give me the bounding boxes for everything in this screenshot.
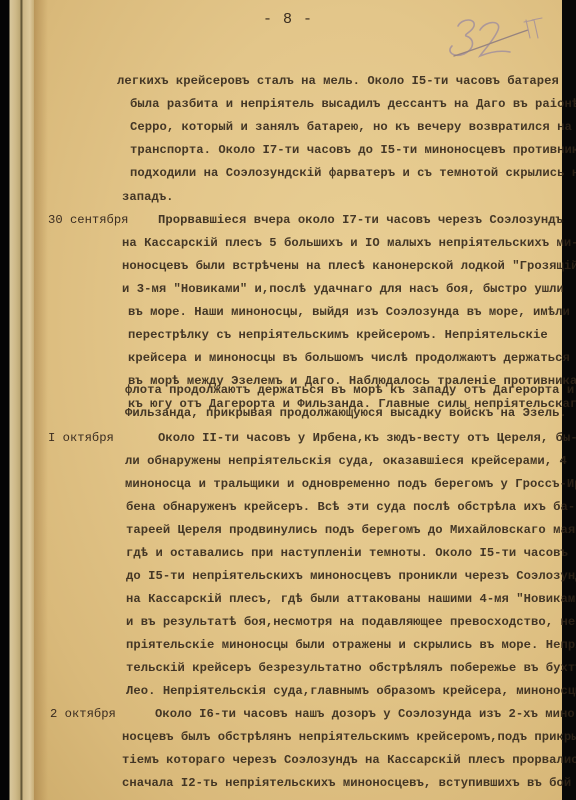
archive-pencil-number — [440, 12, 550, 62]
entry-date: 2 октября — [50, 707, 116, 721]
text-line: бена обнаруженъ крейсеръ. Всѣ эти суда п… — [126, 500, 575, 514]
text-line: на Кассарскiй плесъ, гдѣ были аттакованы… — [126, 592, 576, 606]
text-line: перестрѣлку съ непрiятельскимъ крейсером… — [128, 328, 548, 342]
text-line: ноносцевъ были встрѣчены на плесѣ каноне… — [122, 259, 576, 273]
text-line: Серро, который и занялъ батарею, но къ в… — [130, 120, 572, 134]
text-line: до I5-ти непрiятельскихъ миноносцевъ про… — [126, 569, 576, 583]
text-line: носцевъ былъ обстрѣлянъ непрiятельскимъ … — [122, 730, 576, 744]
text-line: западъ. — [122, 190, 174, 204]
text-line: Прорвавшiеся вчера около I7-ти часовъ че… — [158, 213, 563, 227]
text-line: тельскiй крейсеръ безрезультатно обстрѣл… — [126, 661, 576, 675]
text-line: Около I6-ти часовъ нашъ дозоръ у Соэлозу… — [155, 707, 576, 721]
text-line: Фильзанда, прикрывая продолжающуюся выса… — [125, 406, 567, 420]
text-line: въ море. Наши миноносцы, выйдя изъ Соэло… — [128, 305, 570, 319]
text-line: гдѣ и оставались при наступленiи темноты… — [126, 546, 568, 560]
text-line: транспорта. Около I7-ти часовъ до I5-ти … — [130, 143, 576, 157]
entry-date: 30 сентября — [48, 213, 128, 227]
text-line: ли обнаружены непрiятельскiя суда, оказа… — [125, 454, 567, 468]
text-line: подходили на Соэлозундскiй фарватеръ и с… — [130, 166, 576, 180]
text-line: флота продолжаютъ держаться въ морѣ къ з… — [125, 383, 574, 397]
text-line: крейсера и миноносцы въ большомъ числѣ п… — [128, 351, 570, 365]
text-line: на Кассарскiй плесъ 5 большихъ и IO малы… — [122, 236, 576, 250]
text-line: легкихъ крейсеровъ сталъ на мель. Около … — [117, 74, 559, 88]
text-line: тiемъ котораго черезъ Соэлозундъ на Касс… — [122, 753, 576, 767]
text-line: прiятельскiе миноносцы были отражены и с… — [126, 638, 576, 652]
text-line: сначала I2-ть непрiятельскихъ миноносцев… — [122, 776, 571, 790]
entry-date: I октября — [48, 431, 114, 445]
text-line: и 3-мя "Новиками" и,послѣ удачнаго для н… — [122, 282, 564, 296]
text-line: и въ результатѣ боя,несмотря на подавляю… — [126, 615, 576, 629]
text-line: миноносца и тральщики и одновременно под… — [125, 477, 576, 491]
text-line: была разбита и непрiятель высадилъ десса… — [130, 97, 576, 111]
text-line: Лео. Непрiятельскiя суда,главнымъ образо… — [126, 684, 576, 698]
text-line: Около II-ти часовъ у Ирбена,къ зюдъ-вест… — [158, 431, 576, 445]
text-line: тареей Цереля продвинулись подъ берегомъ… — [126, 523, 576, 537]
